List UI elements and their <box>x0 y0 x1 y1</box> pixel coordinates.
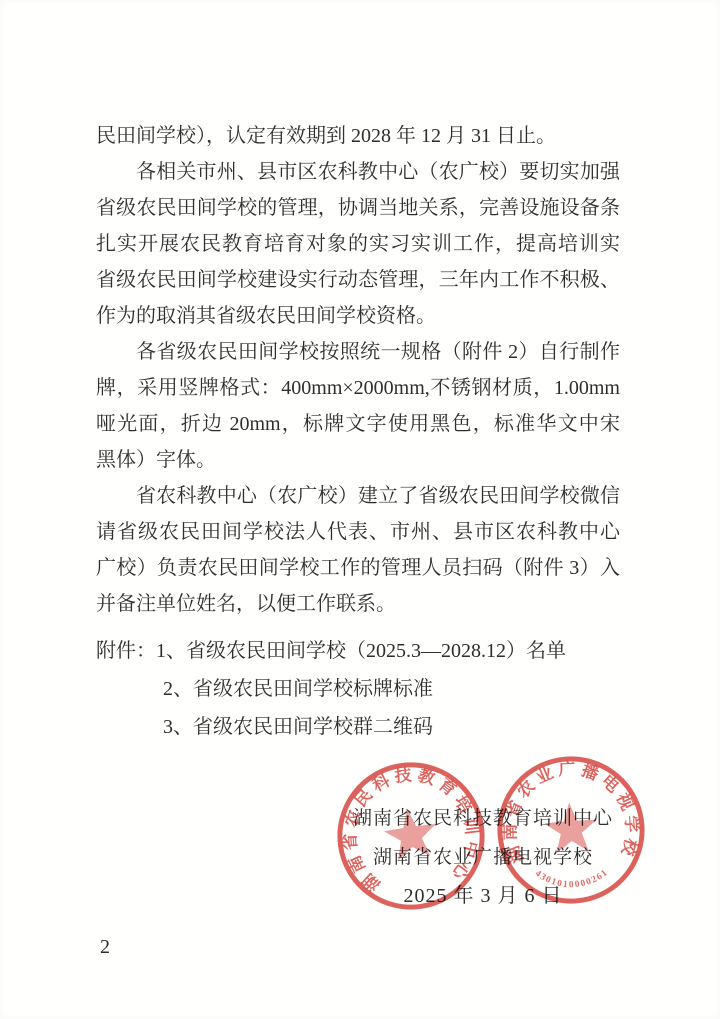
attachment-item: 3、省级农民田间学校群二维码 <box>96 708 433 746</box>
body-line: 作为的取消其省级农民田间学校资格。 <box>96 298 620 334</box>
body-line: 省级农民田间学校的管理，协调当地关系，完善设施设备条件， <box>96 190 620 226</box>
body-line: 民田间学校），认定有效期到 2028 年 12 月 31 日止。 <box>96 118 620 154</box>
signature-block: 湖南省农民科技教育培训中心 湖南省农业广播电视学校 2025 年 3 月 6 日 <box>333 799 633 916</box>
body-line: 哑光面，折边 20mm，标牌文字使用黑色，标准华文中宋（或 <box>96 406 620 442</box>
body-line: 牌，采用竖牌格式：400mm×2000mm,不锈钢材质，1.00mm <box>96 370 620 406</box>
body-line: 省级农民田间学校建设实行动态管理，三年内工作不积极、不 <box>96 262 620 298</box>
body-line: 扎实开展农民教育培育对象的实习实训工作，提高培训实效。 <box>96 226 620 262</box>
signature-date: 2025 年 3 月 6 日 <box>333 877 633 916</box>
signature-org-line-1: 湖南省农民科技教育培训中心 <box>333 799 633 838</box>
body-line: 黑体）字体。 <box>96 442 620 478</box>
attachment-item: 1、省级农民田间学校（2025.3—2028.12）名单 <box>156 640 566 662</box>
attachment-line: 3、省级农民田间学校群二维码 <box>96 708 620 746</box>
attachment-line: 附件：1、省级农民田间学校（2025.3—2028.12）名单 <box>96 632 620 670</box>
signature-org-line-2: 湖南省农业广播电视学校 <box>333 838 633 877</box>
body-line: 各相关市州、县市区农科教中心（农广校）要切实加强对 <box>96 154 620 190</box>
attachment-line: 2、省级农民田间学校标牌标准 <box>96 670 620 708</box>
body-line: 省农科教中心（农广校）建立了省级农民田间学校微信群， <box>96 478 620 514</box>
attachments-label: 附件： <box>96 640 156 662</box>
body-line: 各省级农民田间学校按照统一规格（附件 2）自行制作标 <box>96 334 620 370</box>
page-number: 2 <box>100 932 110 962</box>
attachments-list: 附件：1、省级农民田间学校（2025.3—2028.12）名单 2、省级农民田间… <box>96 632 620 746</box>
document-page: 民田间学校），认定有效期到 2028 年 12 月 31 日止。 各相关市州、县… <box>0 0 720 1019</box>
body-line: 广校）负责农民田间学校工作的管理人员扫码（附件 3）入群， <box>96 550 620 586</box>
attachment-item: 2、省级农民田间学校标牌标准 <box>96 670 433 708</box>
body-text: 民田间学校），认定有效期到 2028 年 12 月 31 日止。 各相关市州、县… <box>96 118 620 622</box>
body-line: 并备注单位姓名，以便工作联系。 <box>96 586 620 622</box>
body-line: 请省级农民田间学校法人代表、市州、县市区农科教中心（农 <box>96 514 620 550</box>
